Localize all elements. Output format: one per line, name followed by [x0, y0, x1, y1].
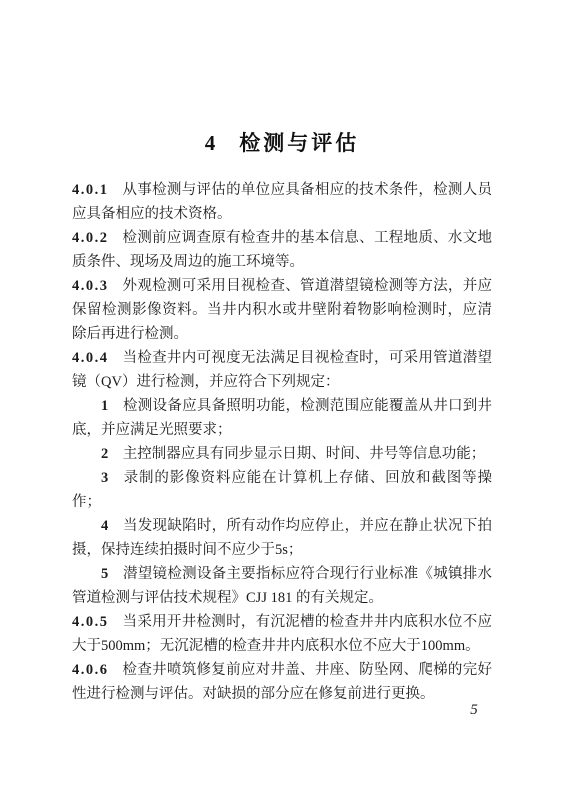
clause-text: 检查井喷筑修复前应对井盖、井座、防坠网、爬梯的完好性进行检测与评估。对缺损的部分… [72, 662, 492, 702]
subitem-number: 1 [101, 398, 108, 414]
section-title-text: 检测与评估 [239, 132, 359, 155]
subitem-number: 5 [101, 566, 108, 582]
subitem-5: 5潜望镜检测设备主要指标应符合现行行业标准《城镇排水管道检测与评估技术规程》CJ… [72, 562, 492, 610]
clause-4-0-6: 4.0.6检查井喷筑修复前应对井盖、井座、防坠网、爬梯的完好性进行检测与评估。对… [72, 658, 492, 706]
subitem-text: 当发现缺陷时，所有动作均应停止，并应在静止状况下拍摄，保持连续拍摄时间不应少于5… [72, 518, 492, 558]
document-page: 4检测与评估 4.0.1从事检测与评估的单位应具备相应的技术条件，检测人员应具备… [0, 0, 561, 804]
clause-text: 当采用开井检测时，有沉泥槽的检查井井内底积水位不应大于500mm；无沉泥槽的检查… [72, 614, 492, 654]
subitem-text: 主控制器应具有同步显示日期、时间、井号等信息功能； [123, 446, 486, 462]
subitem-number: 2 [101, 446, 108, 462]
subitem-text: 潜望镜检测设备主要指标应符合现行行业标准《城镇排水管道检测与评估技术规程》CJJ… [72, 566, 492, 606]
body-text: 4.0.1从事检测与评估的单位应具备相应的技术条件，检测人员应具备相应的技术资格… [72, 178, 492, 706]
clause-number: 4.0.5 [72, 614, 109, 630]
clause-text: 当检查井内可视度无法满足目视检查时，可采用管道潜望镜（QV）进行检测，并应符合下… [72, 350, 492, 390]
subitem-text: 录制的影像资料应能在计算机上存储、回放和截图等操作； [72, 470, 492, 510]
clause-text: 从事检测与评估的单位应具备相应的技术条件，检测人员应具备相应的技术资格。 [72, 182, 492, 222]
clause-4-0-1: 4.0.1从事检测与评估的单位应具备相应的技术条件，检测人员应具备相应的技术资格… [72, 178, 492, 226]
clause-4-0-5: 4.0.5当采用开井检测时，有沉泥槽的检查井井内底积水位不应大于500mm；无沉… [72, 610, 492, 658]
clause-number: 4.0.1 [72, 182, 109, 198]
subitem-4: 4当发现缺陷时，所有动作均应停止，并应在静止状况下拍摄，保持连续拍摄时间不应少于… [72, 514, 492, 562]
subitem-number: 3 [101, 470, 108, 486]
clause-text: 检测前应调查原有检查井的基本信息、工程地质、水文地质条件、现场及周边的施工环境等… [72, 230, 492, 270]
clause-4-0-3: 4.0.3外观检测可采用目视检查、管道潜望镜检测等方法，并应保留检测影像资料。当… [72, 274, 492, 346]
clause-number: 4.0.4 [72, 350, 109, 366]
subitem-1: 1检测设备应具备照明功能，检测范围应能覆盖从井口到井底，并应满足光照要求； [72, 394, 492, 442]
clause-number: 4.0.6 [72, 662, 109, 678]
clause-text: 外观检测可采用目视检查、管道潜望镜检测等方法，并应保留检测影像资料。当井内积水或… [72, 278, 492, 342]
subitem-2: 2主控制器应具有同步显示日期、时间、井号等信息功能； [72, 442, 492, 466]
subitem-text: 检测设备应具备照明功能，检测范围应能覆盖从井口到井底，并应满足光照要求； [72, 398, 492, 438]
subitem-3: 3录制的影像资料应能在计算机上存储、回放和截图等操作； [72, 466, 492, 514]
page-number: 5 [458, 702, 490, 719]
subitem-number: 4 [101, 518, 108, 534]
clause-4-0-4: 4.0.4当检查井内可视度无法满足目视检查时，可采用管道潜望镜（QV）进行检测，… [72, 346, 492, 394]
clause-4-0-2: 4.0.2检测前应调查原有检查井的基本信息、工程地质、水文地质条件、现场及周边的… [72, 226, 492, 274]
section-number: 4 [205, 131, 217, 155]
clause-number: 4.0.2 [72, 230, 109, 246]
section-title: 4检测与评估 [72, 128, 492, 159]
clause-number: 4.0.3 [72, 278, 109, 294]
